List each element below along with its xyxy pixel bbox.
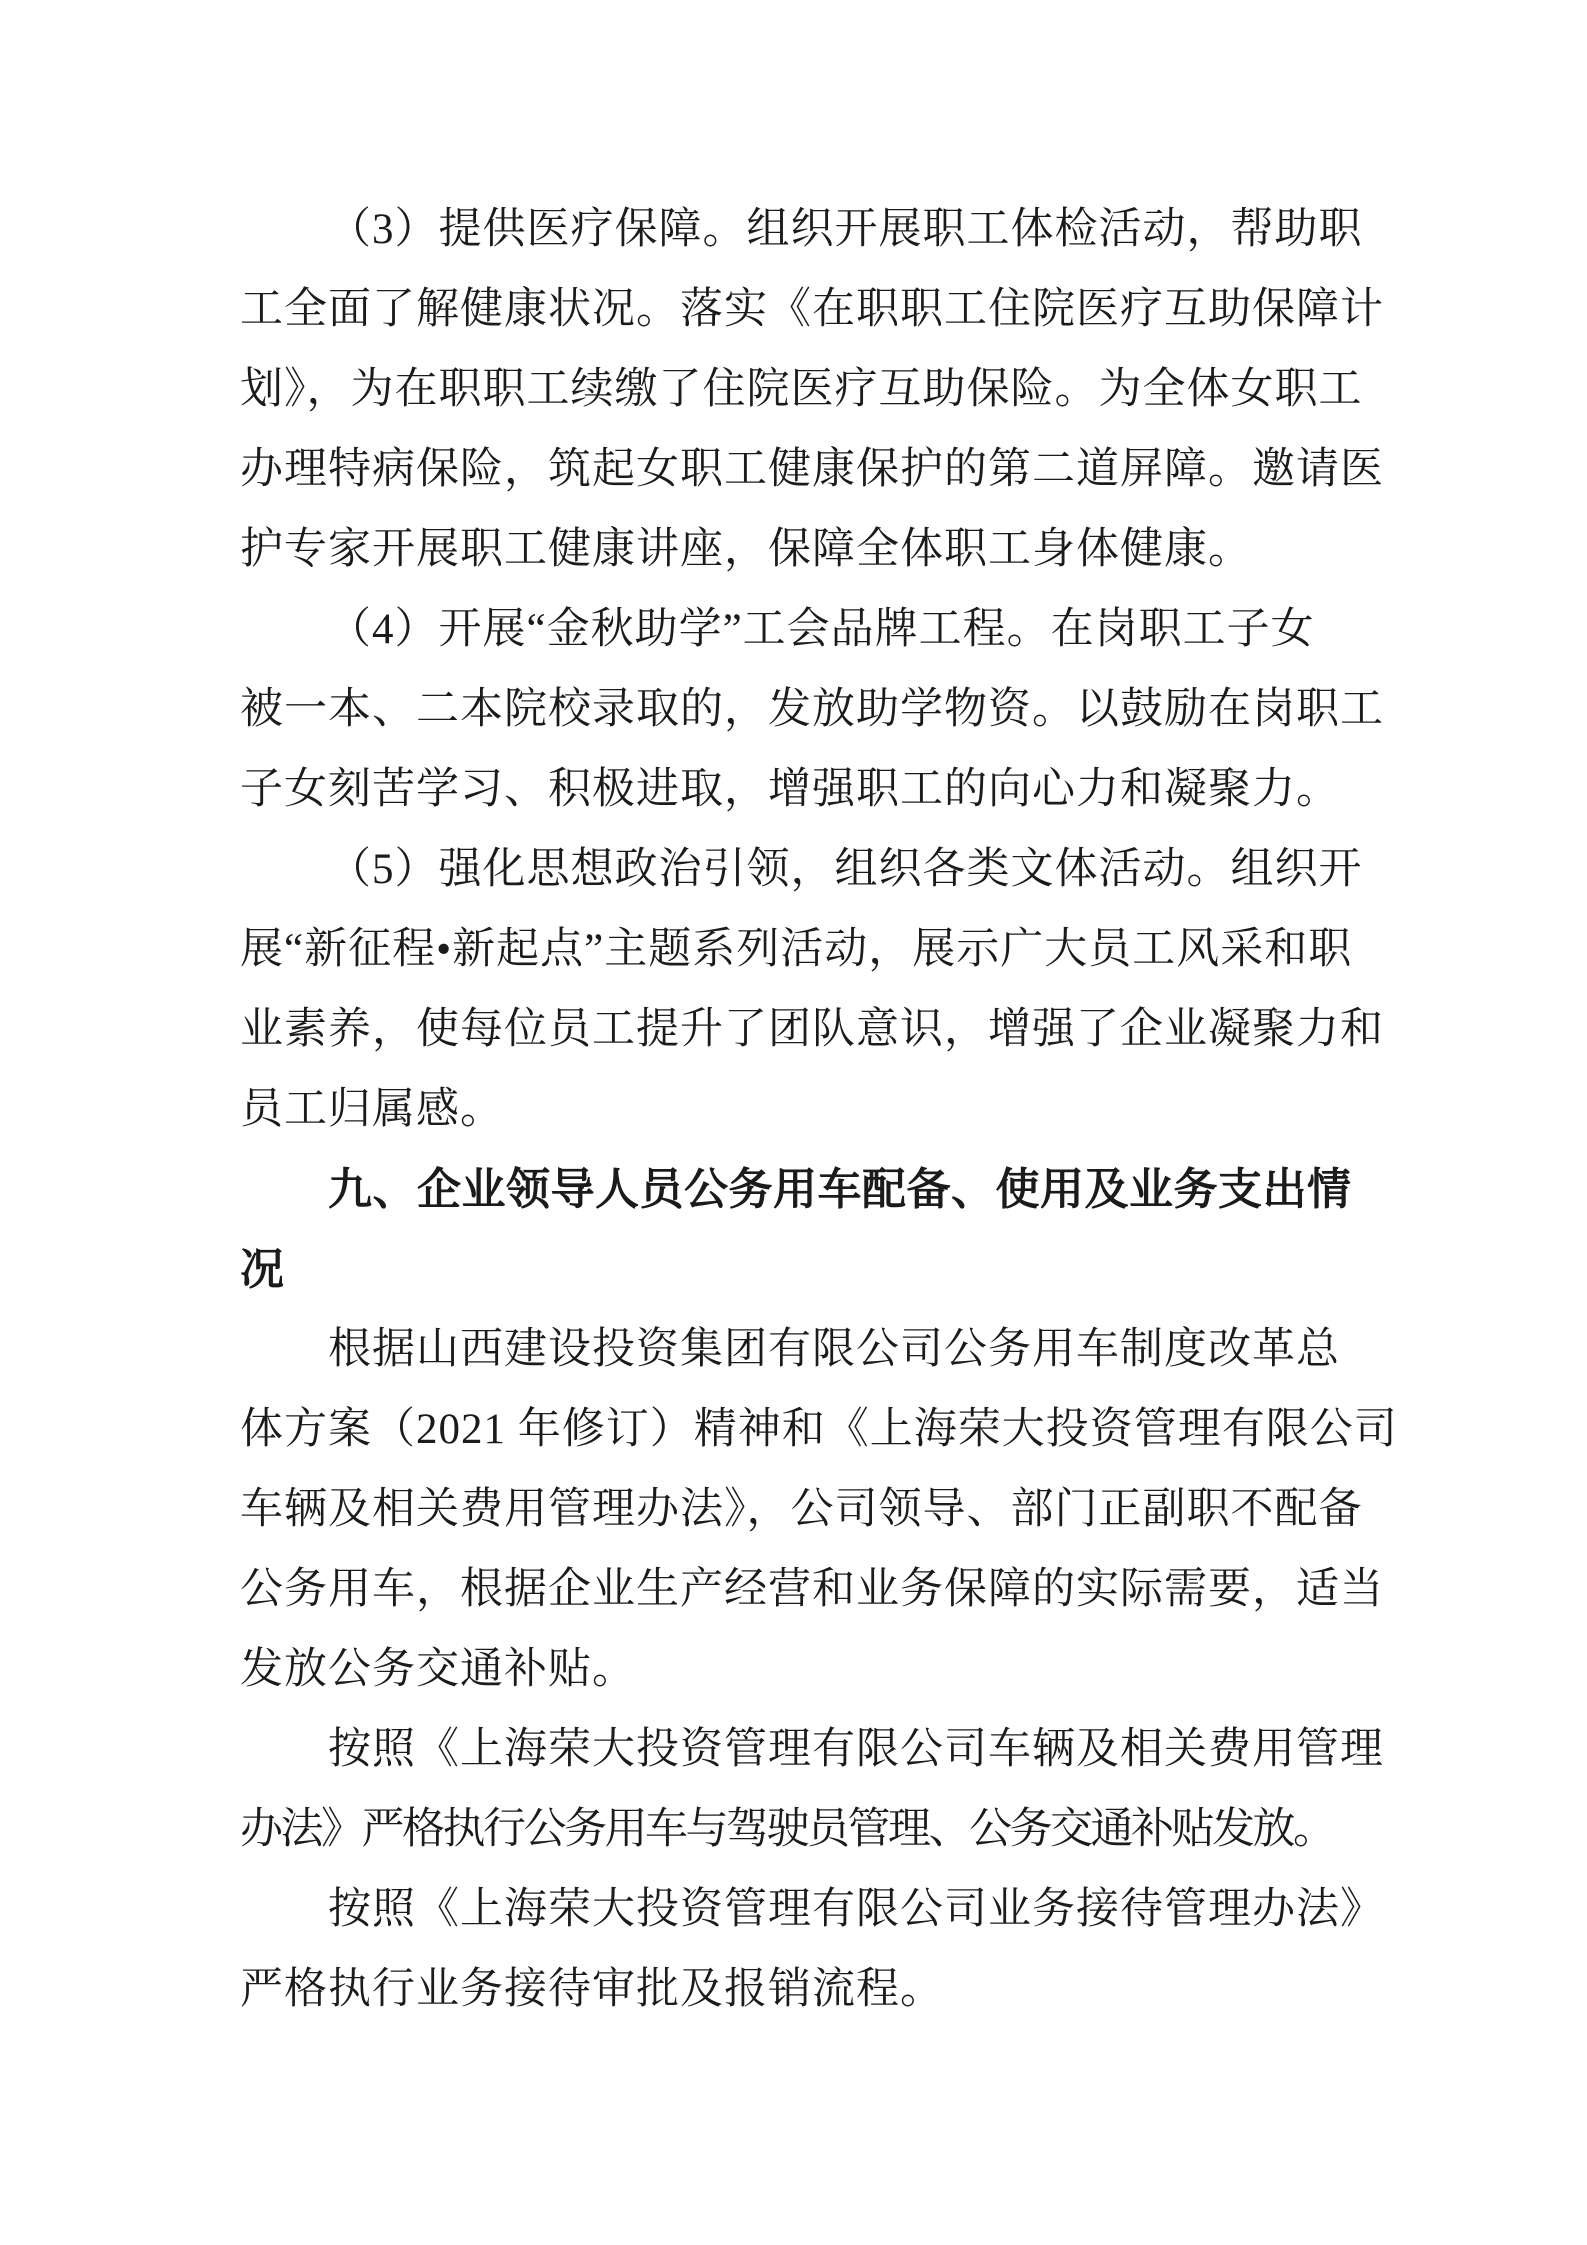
paragraph: （4）开展“金秋助学”工会品牌工程。在岗职工子女被一本、二本院校录取的，发放助学… [240, 590, 1350, 830]
text-line: 严格执行业务接待审批及报销流程。 [240, 1950, 1350, 2030]
text-line: 体方案（2021 年修订）精神和《上海荣大投资管理有限公司 [240, 1390, 1350, 1470]
section-heading: 九、企业领导人员公务用车配备、使用及业务支出情况 [240, 1150, 1350, 1310]
paragraph: 按照《上海荣大投资管理有限公司业务接待管理办法》严格执行业务接待审批及报销流程。 [240, 1870, 1350, 2030]
text-line: 护专家开展职工健康讲座，保障全体职工身体健康。 [240, 510, 1350, 590]
text-line: 九、企业领导人员公务用车配备、使用及业务支出情 [240, 1150, 1350, 1230]
text-line: 工全面了解健康状况。落实《在职职工住院医疗互助保障计 [240, 270, 1350, 350]
text-line: 办理特病保险，筑起女职工健康保护的第二道屏障。邀请医 [240, 430, 1350, 510]
document-page: （3）提供医疗保障。组织开展职工体检活动，帮助职工全面了解健康状况。落实《在职职… [0, 0, 1587, 2245]
text-line: （5）强化思想政治引领，组织各类文体活动。组织开 [240, 830, 1350, 910]
text-line: 展“新征程•新起点”主题系列活动，展示广大员工风采和职 [240, 910, 1350, 990]
text-line: 公务用车，根据企业生产经营和业务保障的实际需要，适当 [240, 1550, 1350, 1630]
text-line: （4）开展“金秋助学”工会品牌工程。在岗职工子女 [240, 590, 1350, 670]
text-line: 发放公务交通补贴。 [240, 1630, 1350, 1710]
text-line: 按照《上海荣大投资管理有限公司车辆及相关费用管理 [240, 1710, 1350, 1790]
text-line: 车辆及相关费用管理办法》，公司领导、部门正副职不配备 [240, 1470, 1350, 1550]
text-line: 被一本、二本院校录取的，发放助学物资。以鼓励在岗职工 [240, 670, 1350, 750]
paragraph: 根据山西建设投资集团有限公司公务用车制度改革总体方案（2021 年修订）精神和《… [240, 1310, 1350, 1710]
text-line: 业素养，使每位员工提升了团队意识，增强了企业凝聚力和 [240, 990, 1350, 1070]
text-line: 办法》严格执行公务用车与驾驶员管理、公务交通补贴发放。 [240, 1790, 1350, 1870]
text-line: 划》，为在职职工续缴了住院医疗互助保险。为全体女职工 [240, 350, 1350, 430]
text-line: 况 [240, 1230, 1350, 1310]
document-body: （3）提供医疗保障。组织开展职工体检活动，帮助职工全面了解健康状况。落实《在职职… [240, 190, 1350, 2030]
text-line: （3）提供医疗保障。组织开展职工体检活动，帮助职 [240, 190, 1350, 270]
paragraph: （3）提供医疗保障。组织开展职工体检活动，帮助职工全面了解健康状况。落实《在职职… [240, 190, 1350, 590]
text-line: 员工归属感。 [240, 1070, 1350, 1150]
text-line: 按照《上海荣大投资管理有限公司业务接待管理办法》 [240, 1870, 1350, 1950]
text-line: 子女刻苦学习、积极进取，增强职工的向心力和凝聚力。 [240, 750, 1350, 830]
paragraph: 按照《上海荣大投资管理有限公司车辆及相关费用管理办法》严格执行公务用车与驾驶员管… [240, 1710, 1350, 1870]
paragraph: （5）强化思想政治引领，组织各类文体活动。组织开展“新征程•新起点”主题系列活动… [240, 830, 1350, 1150]
text-line: 根据山西建设投资集团有限公司公务用车制度改革总 [240, 1310, 1350, 1390]
